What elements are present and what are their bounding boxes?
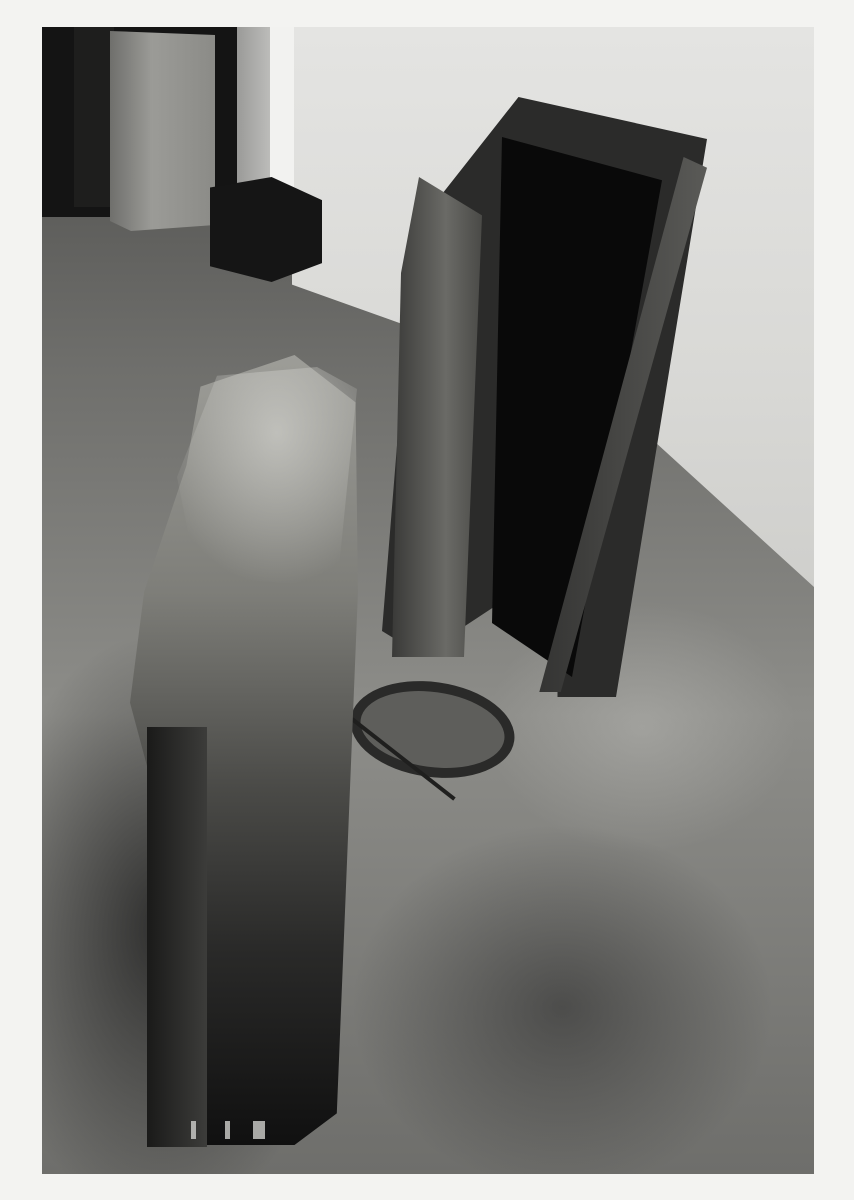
photograph: Black-and-white photograph of weathered … (42, 27, 814, 1174)
wall-corner-column (270, 27, 294, 192)
back-concrete-block (110, 31, 215, 231)
painted-marks (187, 1117, 287, 1147)
small-dark-block (210, 177, 322, 282)
foreground-sculpture-shadow-side (147, 727, 207, 1147)
back-block-side (74, 27, 114, 207)
